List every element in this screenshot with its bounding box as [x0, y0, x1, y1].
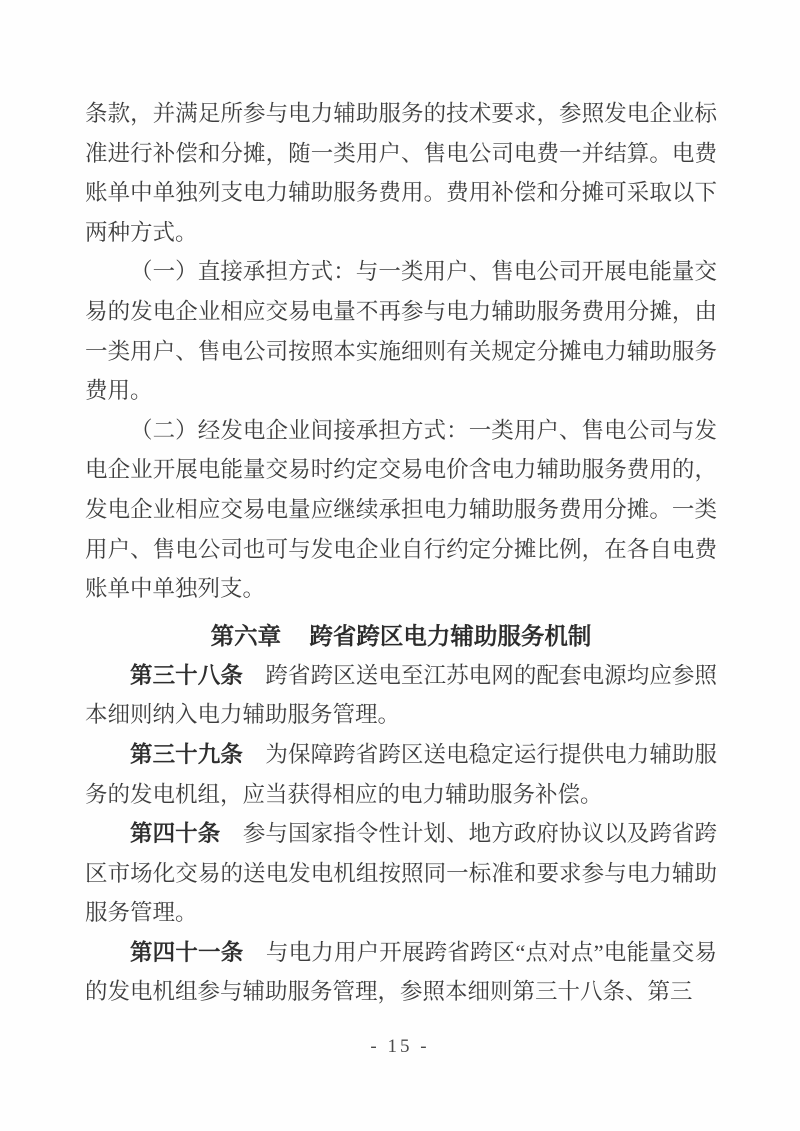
list-item-one-paragraph: （一）直接承担方式：与一类用户、售电公司开展电能量交易的发电企业相应交易电量不再…: [85, 252, 717, 410]
chapter-title: 跨省跨区电力辅助服务机制: [309, 623, 591, 649]
document-body: 条款，并满足所参与电力辅助服务的技术要求，参照发电企业标准进行补偿和分摊，随一类…: [85, 94, 717, 1012]
list-item-two-paragraph: （二）经发电企业间接承担方式：一类用户、售电公司与发电企业开展电能量交易时约定交…: [85, 411, 717, 609]
chapter-heading: 第六章跨省跨区电力辅助服务机制: [85, 616, 717, 656]
article-38-number: 第三十八条: [130, 663, 243, 688]
article-41-number: 第四十一条: [130, 940, 243, 965]
article-40-number: 第四十条: [130, 821, 220, 846]
chapter-number: 第六章: [211, 623, 282, 649]
article-38-paragraph: 第三十八条跨省跨区送电至江苏电网的配套电源均应参照本细则纳入电力辅助服务管理。: [85, 656, 717, 735]
article-40-paragraph: 第四十条参与国家指令性计划、地方政府协议以及跨省跨区市场化交易的送电发电机组按照…: [85, 814, 717, 933]
article-39-number: 第三十九条: [130, 742, 243, 767]
article-39-paragraph: 第三十九条为保障跨省跨区送电稳定运行提供电力辅助服务的发电机组，应当获得相应的电…: [85, 735, 717, 814]
document-page: 条款，并满足所参与电力辅助服务的技术要求，参照发电企业标准进行补偿和分摊，随一类…: [0, 0, 800, 1131]
page-number: - 15 -: [0, 1036, 800, 1058]
article-41-paragraph: 第四十一条与电力用户开展跨省跨区“点对点”电能量交易的发电机组参与辅助服务管理，…: [85, 933, 717, 1012]
continuation-paragraph: 条款，并满足所参与电力辅助服务的技术要求，参照发电企业标准进行补偿和分摊，随一类…: [85, 94, 717, 252]
